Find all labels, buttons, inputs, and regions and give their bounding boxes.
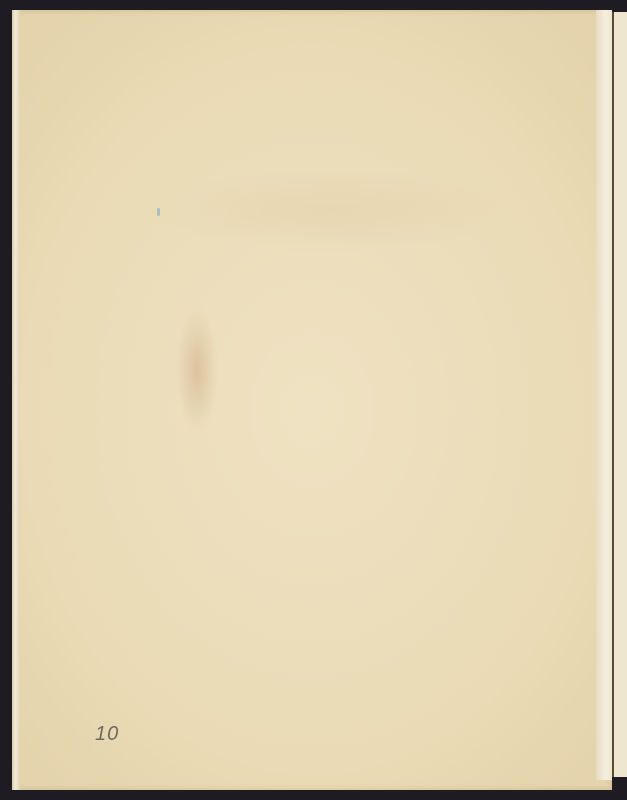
page-stack-edge [12, 10, 20, 790]
paper-page [12, 10, 612, 790]
facing-page-edge [596, 10, 612, 780]
handwritten-page-number: 10 [95, 723, 119, 746]
ink-speck [157, 208, 160, 216]
next-page-strip [614, 12, 627, 777]
